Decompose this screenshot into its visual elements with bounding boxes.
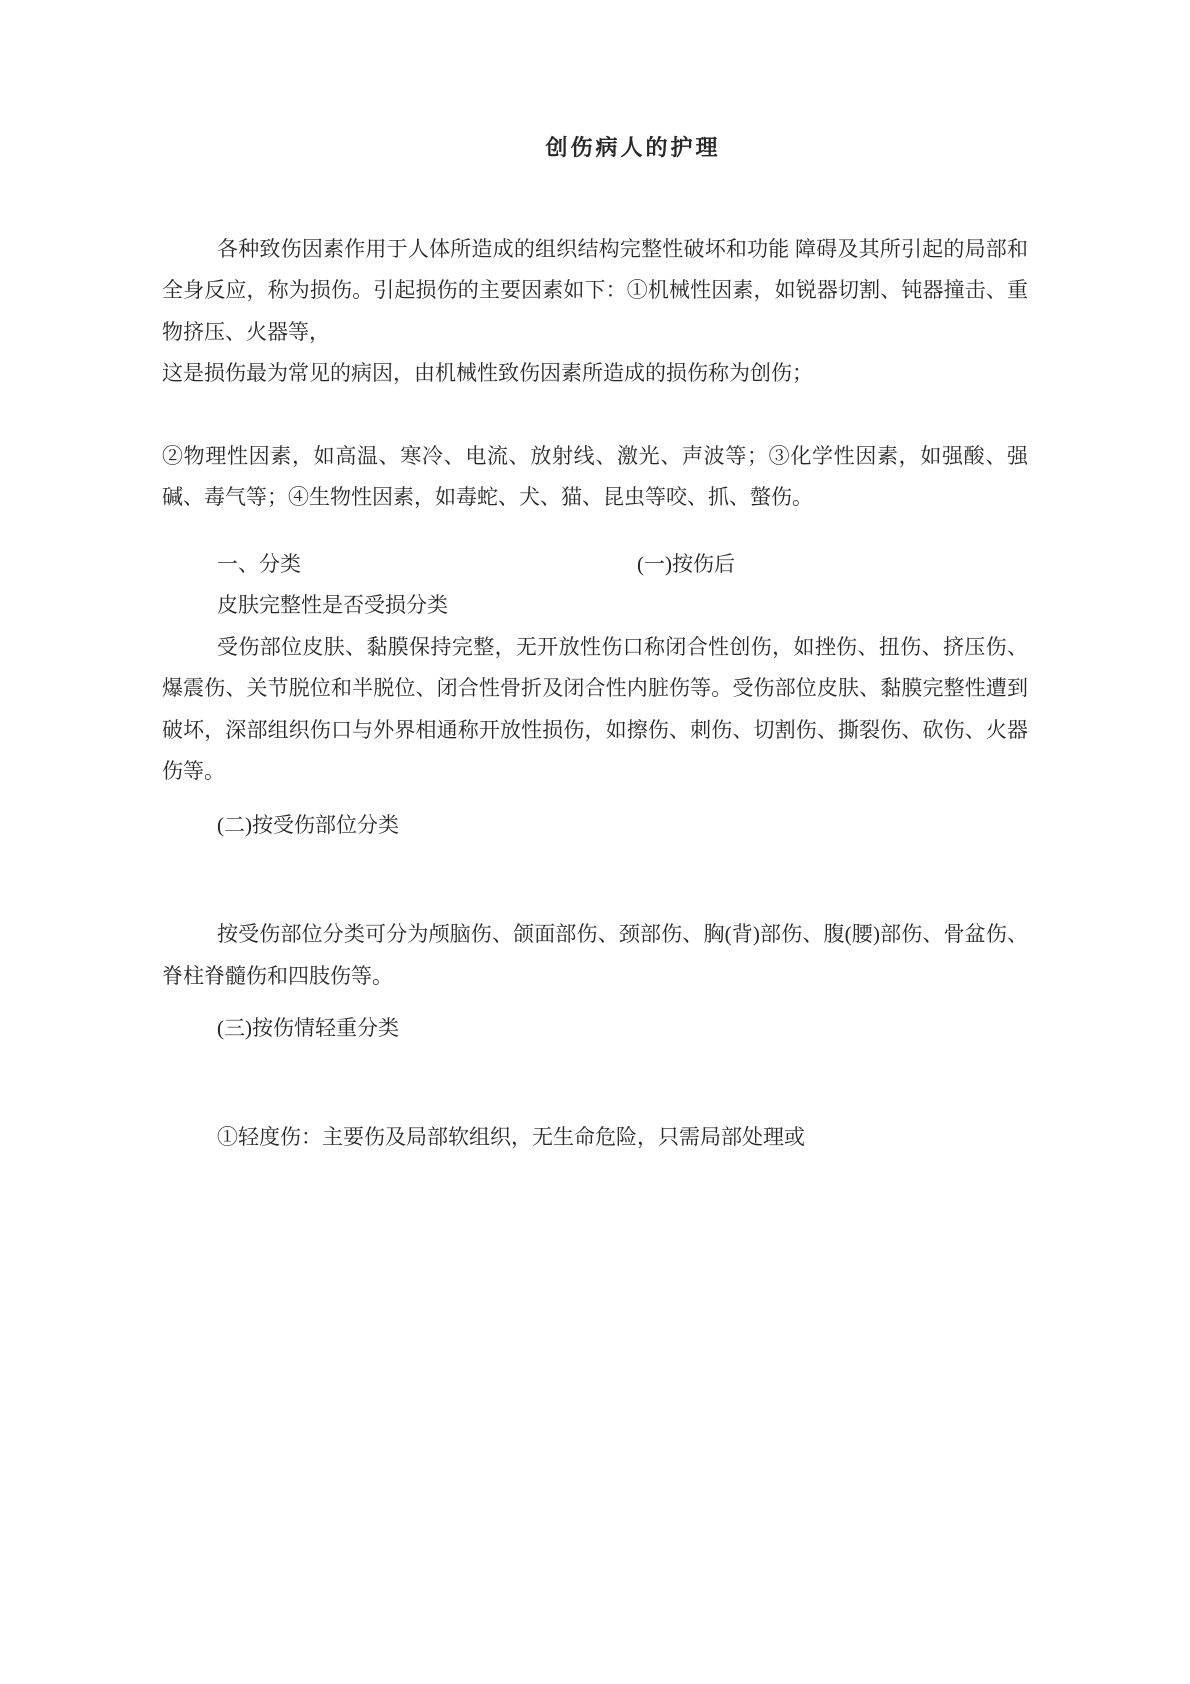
section-one-label: 一、分类 — [217, 552, 301, 576]
paragraph-intro: 各种致伤因素作用于人体所造成的组织结构完整性破坏和功能 障碍及其所引起的局部和全… — [162, 229, 1028, 354]
paragraph-closed-open-injury: 受伤部位皮肤、黏膜保持完整，无开放性伤口称闭合性创伤，如挫伤、扭伤、挤压伤、爆震… — [162, 627, 1028, 793]
section-heading-classification: 一、分类(一)按伤后 — [162, 544, 1028, 586]
paragraph-injury-factors: ②物理性因素，如高温、寒冷、电流、放射线、激光、声波等；③化学性因素，如强酸、强… — [162, 436, 1028, 519]
subsection-two-heading: (二)按受伤部位分类 — [162, 805, 1028, 847]
subsection-one-continuation: 皮肤完整性是否受损分类 — [162, 585, 1028, 627]
paragraph-classification-by-site: 按受伤部位分类可分为颅脑伤、颌面部伤、颈部伤、胸(背)部伤、腹(腰)部伤、骨盆伤… — [162, 914, 1028, 997]
subsection-one-label: (一)按伤后 — [582, 544, 735, 586]
subsection-three-heading: (三)按伤情轻重分类 — [162, 1008, 1028, 1050]
document-page: 创伤病人的护理 各种致伤因素作用于人体所造成的组织结构完整性破坏和功能 障碍及其… — [0, 127, 1190, 1158]
paragraph-intro-continuation: 这是损伤最为常见的病因，由机械性致伤因素所造成的损伤称为创伤； — [162, 353, 1028, 395]
paragraph-light-injury: ①轻度伤：主要伤及局部软组织，无生命危险，只需局部处理或 — [162, 1117, 1028, 1159]
document-title: 创伤病人的护理 — [200, 127, 1066, 169]
document-title-text: 创伤病人的护理 — [545, 135, 720, 160]
